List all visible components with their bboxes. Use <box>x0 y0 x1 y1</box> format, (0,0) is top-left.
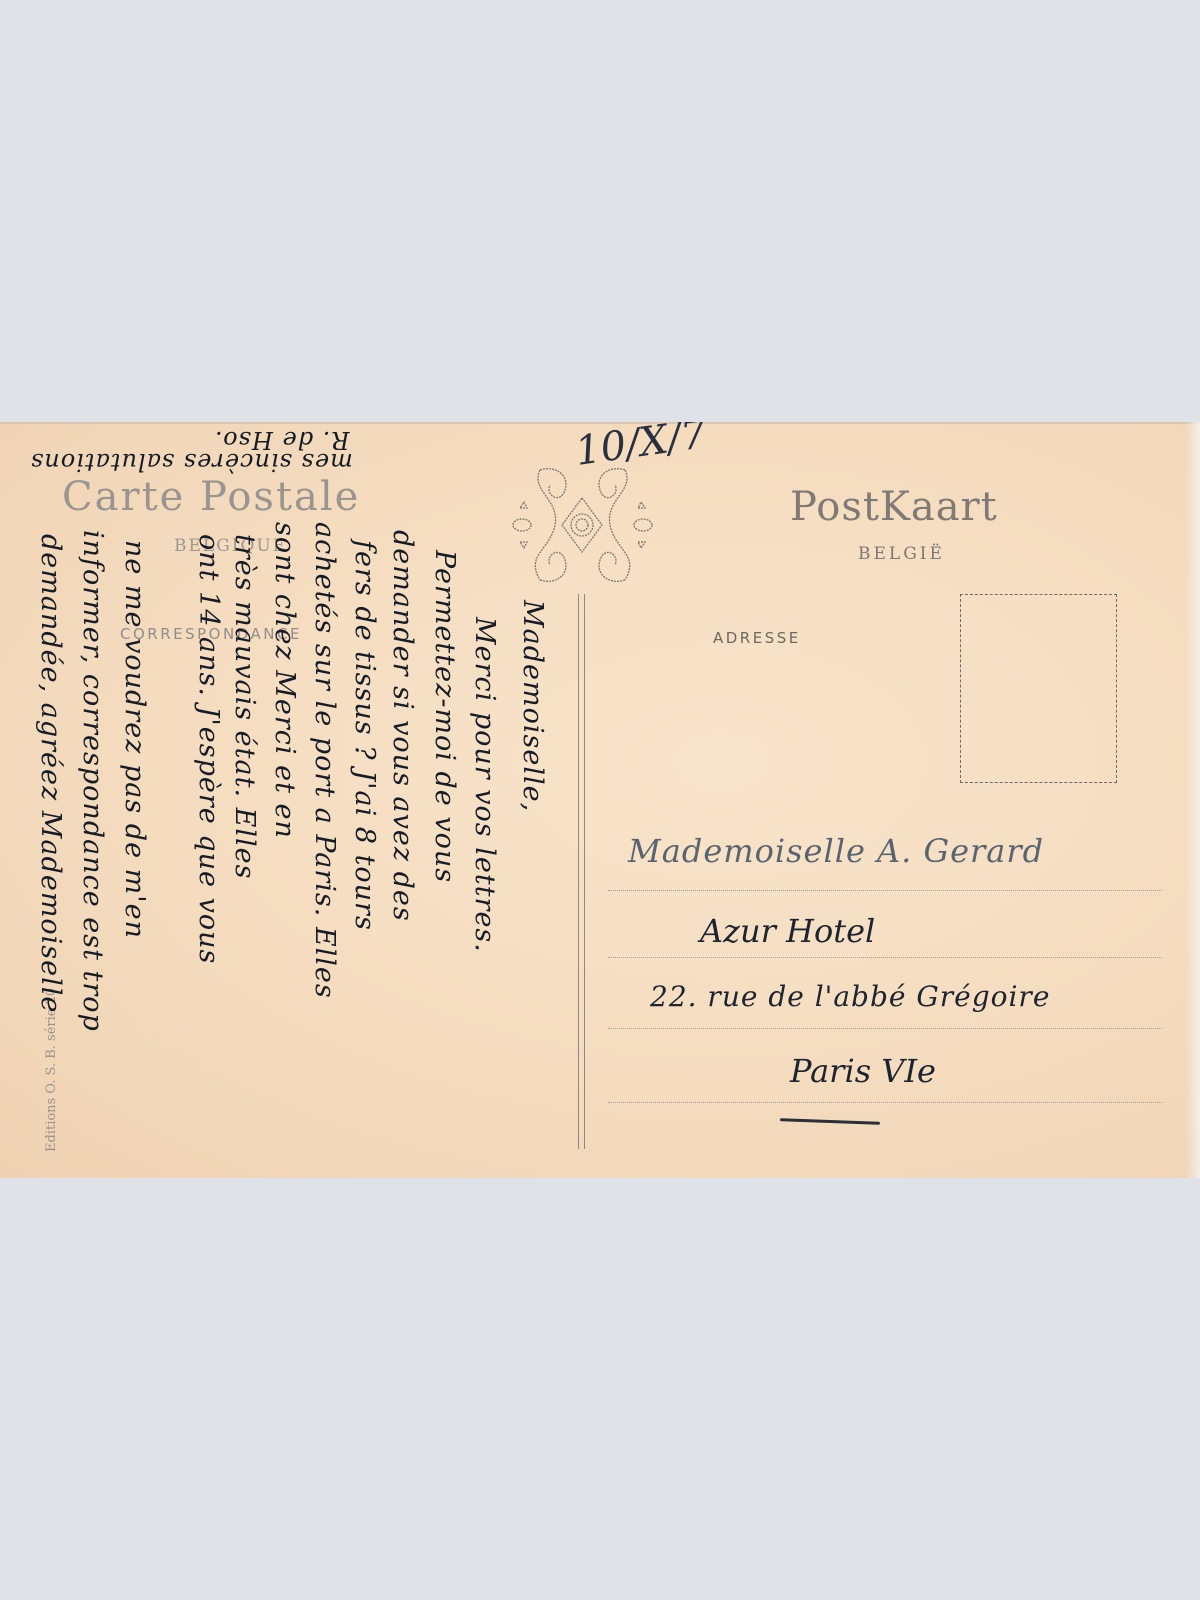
center-divider <box>578 594 585 1149</box>
message-line: Mademoiselle, <box>517 600 548 812</box>
address-line <box>608 1028 1162 1029</box>
message-line: fers de tissus ? J'ai 8 tours <box>349 540 380 931</box>
address-hotel: Azur Hotel <box>700 912 875 950</box>
message-line: achetés sur le port a Paris. Elles <box>309 522 340 999</box>
country-belgie: BELGIË <box>858 544 945 564</box>
message-line: ne me voudrez pas de m'en <box>119 540 150 939</box>
card-top-edge <box>0 422 1200 424</box>
address-street: 22. rue de l'abbé Grégoire <box>650 980 1050 1013</box>
message-line: ont 14 ans. J'espère que vous <box>193 534 224 964</box>
monogram-ornament-icon <box>510 460 655 590</box>
address-recipient: Mademoiselle A. Gerard <box>628 832 1044 870</box>
address-line <box>608 890 1162 891</box>
title-carte-postale: Carte Postale <box>62 474 360 520</box>
message-line: Permettez-moi de vous <box>429 550 460 883</box>
postcard: Carte Postale BELGIQUE CORRESPONDANCE Ed… <box>0 422 1200 1178</box>
stamp-box <box>960 594 1117 783</box>
address-label: ADRESSE <box>713 629 801 647</box>
message-line: demander si vous avez des <box>387 530 418 922</box>
message-line: informer, correspondance est trop <box>77 530 108 1032</box>
address-city: Paris VIe <box>790 1052 936 1090</box>
message-line: très mauvais état. Elles <box>229 534 260 879</box>
title-postkaart: PostKaart <box>790 484 998 530</box>
city-underline <box>780 1118 880 1124</box>
address-line <box>608 957 1162 958</box>
message-line: demandée, agréez Mademoiselle <box>35 534 66 1013</box>
message-line: sont chez Merci et en <box>269 522 300 839</box>
message-line: Merci pour vos lettres. <box>469 617 500 953</box>
address-line <box>608 1102 1162 1103</box>
closing-line: mes sincères salutations <box>30 448 353 476</box>
